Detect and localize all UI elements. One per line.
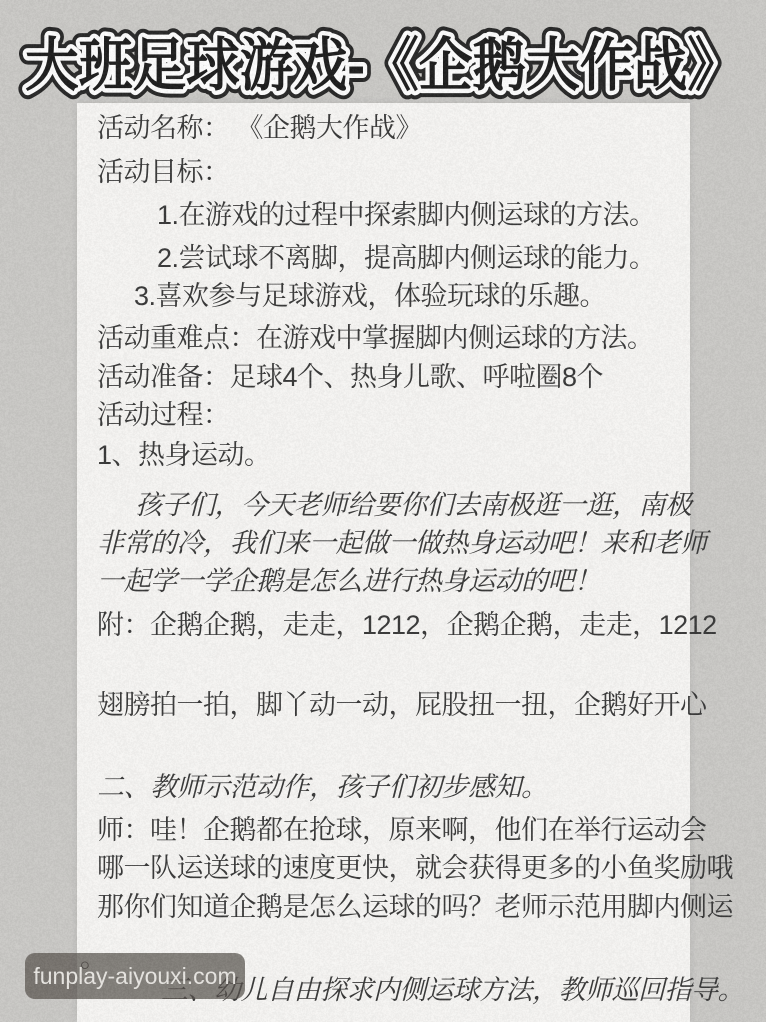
text-line-section-2: 二、教师示范动作，孩子们初步感知。 — [97, 767, 548, 807]
watermark-text: funplay-aiyouxi.com — [33, 963, 236, 990]
text-line-activity-name: 活动名称： 《企鹅大作战》 — [97, 108, 422, 148]
text-line-goal-2: 2.尝试球不离脚，提高脚内侧运球的能力。 — [157, 238, 656, 278]
page-title: 大班足球游戏-《企鹅大作战》 大班足球游戏-《企鹅大作战》 大班足球游戏-《企鹅… — [0, 10, 766, 106]
text-line-narration-2: 非常的冷，我们来一起做一做热身运动吧！来和老师 — [97, 523, 707, 563]
text-line-materials: 活动准备：足球4个、热身儿歌、呼啦圈8个 — [97, 357, 603, 397]
text-line-narration-1: 孩子们，今天老师给要你们去南极逛一逛，南极 — [135, 485, 692, 525]
text-line-narration-3: 一起学一学企鹅是怎么进行热身运动的吧！ — [97, 561, 601, 601]
text-line-activity-goals: 活动目标： — [97, 152, 230, 192]
text-line-chant-2: 翅膀拍一拍，脚丫动一动，屁股扭一扭，企鹅好开心 — [97, 685, 707, 725]
text-line-teacher-speech-1: 师：哇！企鹅都在抢球，原来啊，他们在举行运动会 — [97, 810, 707, 850]
text-line-warmup-header: 1、热身运动。 — [97, 435, 271, 475]
watermark-badge: funplay-aiyouxi.com — [25, 953, 245, 999]
page-title-text: 大班足球游戏-《企鹅大作战》 — [25, 33, 741, 98]
page-background: 大班足球游戏-《企鹅大作战》 大班足球游戏-《企鹅大作战》 大班足球游戏-《企鹅… — [0, 0, 766, 1022]
text-line-goal-1: 1.在游戏的过程中探索脚内侧运球的方法。 — [157, 195, 656, 235]
text-line-process-header: 活动过程： — [97, 395, 230, 435]
text-line-goal-3: 3.喜欢参与足球游戏，体验玩球的乐趣。 — [134, 276, 606, 316]
text-line-section-3: 三、幼儿自由探求内侧运球方法，教师巡回指导。 — [161, 970, 744, 1010]
text-line-teacher-speech-2: 哪一队运送球的速度更快，就会获得更多的小鱼奖励哦 — [97, 848, 733, 888]
text-line-teacher-speech-3: 那你们知道企鹅是怎么运球的吗？老师示范用脚内侧运 — [97, 887, 733, 927]
text-line-key-points: 活动重难点：在游戏中掌握脚内侧运球的方法。 — [97, 318, 654, 358]
text-line-chant-1: 附：企鹅企鹅，走走，1212，企鹅企鹅，走走，1212 — [97, 605, 717, 645]
